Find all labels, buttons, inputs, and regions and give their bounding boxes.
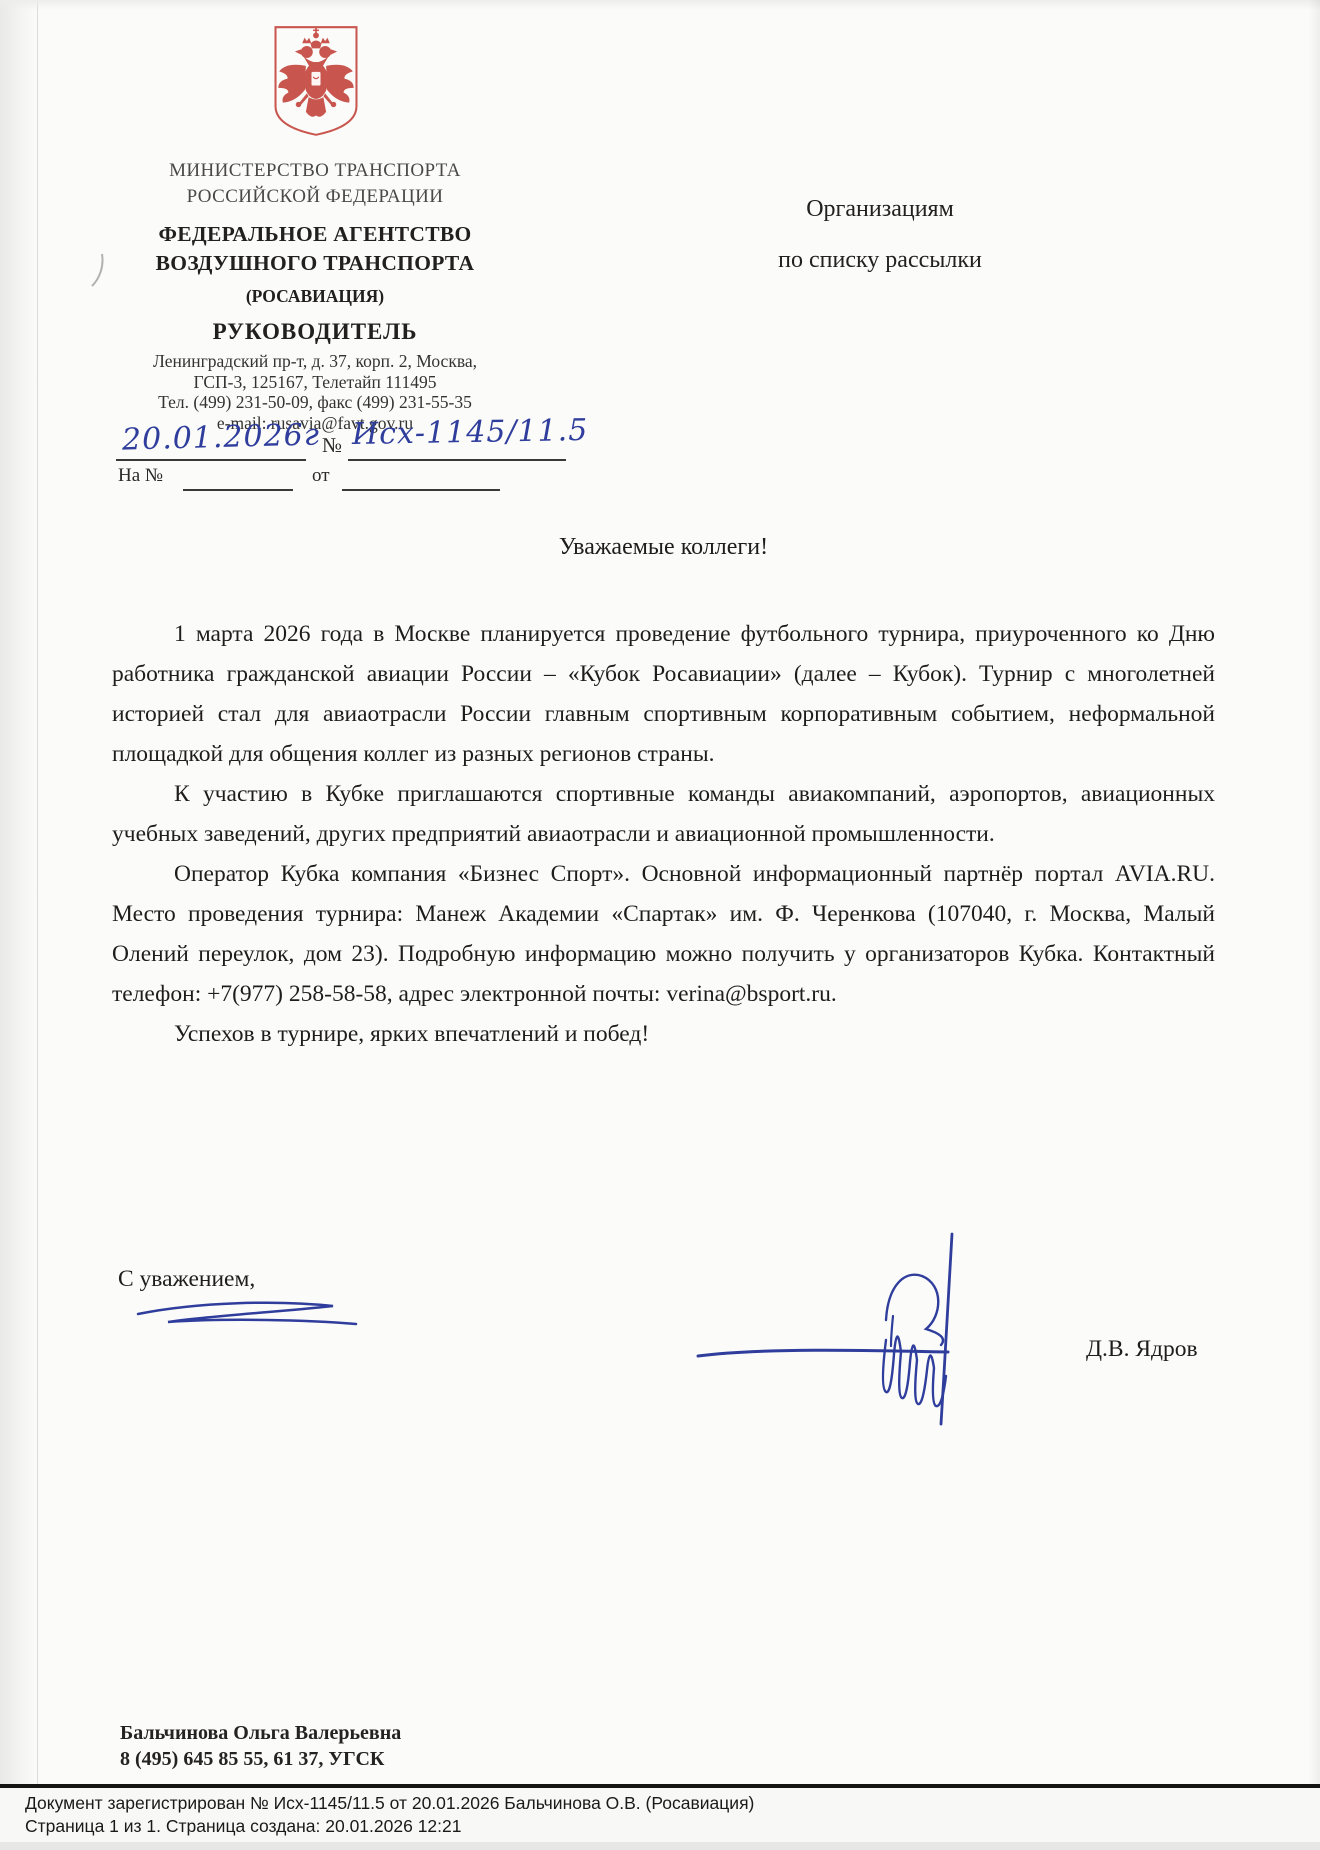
scan-left-edge-line <box>37 0 38 1850</box>
recipient-block: Организациям по списку рассылки <box>690 196 1070 274</box>
paragraph-3: Оператор Кубка компания «Бизнес Спорт». … <box>112 854 1215 1014</box>
reply-date-form-line <box>342 489 500 491</box>
handwritten-outgoing-date: 20.01.2026г <box>122 417 321 457</box>
date-form-line <box>116 459 306 461</box>
executor-phone: 8 (495) 645 85 55, 61 37, УГСК <box>120 1746 401 1772</box>
number-sign-label: № <box>322 433 342 458</box>
salutation: Уважаемые коллеги! <box>112 534 1215 561</box>
scan-top-edge <box>0 0 1320 10</box>
executor-name: Бальчинова Ольга Валерьевна <box>120 1720 401 1746</box>
number-form-line <box>348 459 566 461</box>
page-info-line: Страница 1 из 1. Страница создана: 20.01… <box>25 1816 462 1837</box>
closing-phrase: С уважением, <box>118 1266 255 1293</box>
letterhead: МИНИСТЕРСТВО ТРАНСПОРТА РОССИЙСКОЙ ФЕДЕР… <box>75 158 555 433</box>
position-title: РУКОВОДИТЕЛЬ <box>75 319 555 345</box>
reply-number-form-line <box>183 489 293 491</box>
agency-short-name: (РОСАВИАЦИЯ) <box>75 286 555 307</box>
handwritten-outgoing-number: Исх-1145/11.5 <box>352 413 589 452</box>
address-line1: Ленинградский пр-т, д. 37, корп. 2, Моск… <box>75 351 555 372</box>
russia-coat-of-arms-icon <box>270 22 362 140</box>
agency-name-line2: ВОЗДУШНОГО ТРАНСПОРТА <box>75 249 555 278</box>
scan-right-edge <box>1308 0 1320 1850</box>
reply-to-number-label: На № <box>118 465 163 487</box>
registration-bar: Документ зарегистрирован № Исх-1145/11.5… <box>0 1788 1320 1842</box>
letter-body: 1 марта 2026 года в Москве планируется п… <box>112 614 1215 1054</box>
ministry-name-line1: МИНИСТЕРСТВО ТРАНСПОРТА <box>75 158 555 184</box>
recipient-line2: по списку рассылки <box>690 247 1070 274</box>
reply-from-label: от <box>312 465 330 487</box>
ministry-name-line2: РОССИЙСКОЙ ФЕДЕРАЦИИ <box>75 184 555 210</box>
registration-info-line: Документ зарегистрирован № Исх-1145/11.5… <box>25 1793 754 1814</box>
paragraph-4: Успехов в турнире, ярких впечатлений и п… <box>112 1014 1215 1054</box>
director-signature <box>690 1228 1020 1433</box>
address-line2: ГСП-3, 125167, Телетайп 111495 <box>75 372 555 393</box>
executor-block: Бальчинова Ольга Валерьевна 8 (495) 645 … <box>120 1720 401 1772</box>
letter-page: МИНИСТЕРСТВО ТРАНСПОРТА РОССИЙСКОЙ ФЕДЕР… <box>0 0 1320 1850</box>
agency-name-line1: ФЕДЕРАЛЬНОЕ АГЕНТСТВО <box>75 220 555 249</box>
scan-left-edge <box>0 0 38 1850</box>
address-line3: Тел. (499) 231-50-09, факс (499) 231-55-… <box>75 392 555 413</box>
paragraph-2: К участию в Кубке приглашаются спортивны… <box>112 774 1215 854</box>
scan-bottom-edge <box>0 1842 1320 1850</box>
closing-pen-flourish <box>128 1296 368 1346</box>
recipient-line1: Организациям <box>690 196 1070 223</box>
paragraph-1: 1 марта 2026 года в Москве планируется п… <box>112 614 1215 774</box>
signatory-name: Д.В. Ядров <box>1086 1336 1198 1363</box>
